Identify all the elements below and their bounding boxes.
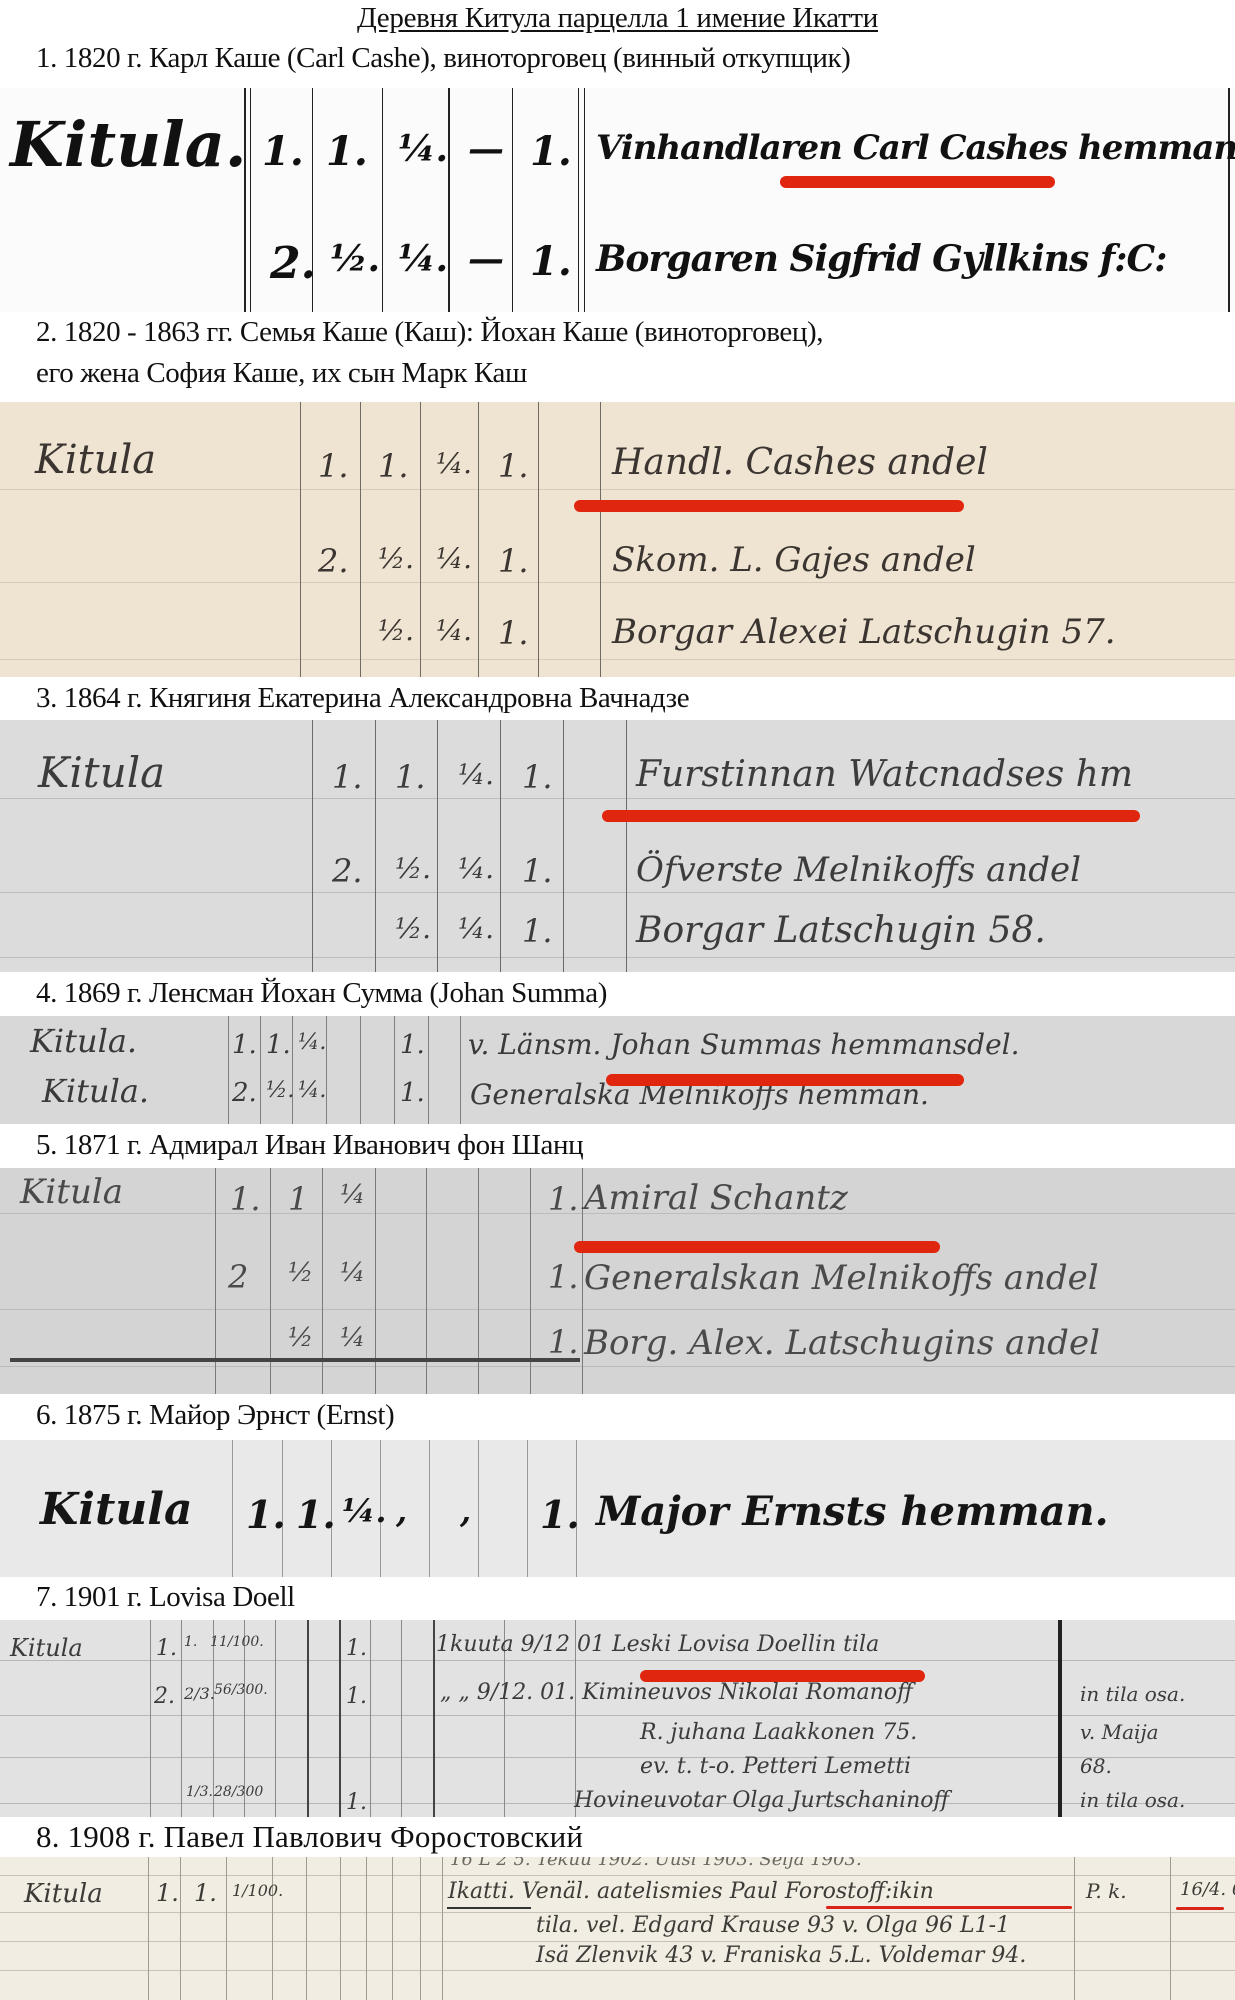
- owner-entry: ev. t. t-o. Petteri Lemetti: [640, 1754, 911, 1779]
- note-entry: v. Maija: [1080, 1720, 1159, 1744]
- owner-highlight-mark: [640, 1670, 925, 1682]
- owner-entry: Amiral Schantz: [584, 1178, 848, 1218]
- entry-1-caption: 1. 1820 г. Карл Каше (Carl Cashe), винот…: [36, 38, 850, 78]
- owner-entry: Borgar Latschugin 58.: [636, 910, 1046, 951]
- header-entry: 16 L 2 5. Tekuu 1902. Uusi 1903. Selja 1…: [450, 1857, 862, 1870]
- owner-entry: Hovineuvotar Olga Jurtschaninoff: [574, 1788, 949, 1813]
- entry-2-scan: Kitula 1. 1. ¼. 1. Handl. Cashes andel 2…: [0, 402, 1235, 677]
- village-name: Kitula: [35, 437, 156, 483]
- owner-highlight-mark: [602, 810, 1140, 822]
- ikatti-underline: [447, 1907, 531, 1909]
- village-name: Kitula.: [30, 1022, 137, 1060]
- owner-entry: R. juhana Laakkonen 75.: [640, 1720, 917, 1745]
- village-name: Kitula: [24, 1879, 103, 1909]
- owner-entry: Borg. Alex. Latschugins andel: [584, 1323, 1100, 1363]
- owner-entry: Furstinnan Watcnadses hm: [636, 754, 1133, 795]
- village-name: Kitula: [10, 1634, 83, 1662]
- owner-highlight-mark: [826, 1906, 1072, 1909]
- owner-entry: Skom. L. Gajes andel: [612, 540, 976, 580]
- owner-entry: Handl. Cashes andel: [612, 442, 988, 483]
- owner-entry: Isä Zlenvik 43 v. Franiska 5.L. Voldemar…: [536, 1943, 1026, 1968]
- village-name: Kitula.: [42, 1072, 149, 1110]
- entry-6-scan: Kitula 1. 1. ¼. , , 1. Major Ernsts hemm…: [0, 1440, 1235, 1577]
- entry-1-scan: Kitula. 1. 1. ¼. — 1. Vinhandlaren Carl …: [0, 88, 1235, 312]
- document-title: Деревня Китула парцелла 1 имение Икатти: [0, 2, 1235, 35]
- village-name: Kitula.: [10, 108, 246, 181]
- owner-entry: Major Ernsts hemman.: [596, 1488, 1109, 1535]
- owner-entry: Borgaren Sigfrid Gyllkins f:C:: [596, 238, 1167, 280]
- entry-7-caption: 7. 1901 г. Lovisa Doell: [36, 1577, 295, 1617]
- entry-2-caption-line1: 2. 1820 - 1863 гг. Семья Каше (Каш): Йох…: [36, 312, 823, 352]
- entry-2-caption-line2: его жена София Каше, их сын Марк Каш: [36, 353, 527, 393]
- owner-entry: Vinhandlaren Carl Cashes hemman: [596, 128, 1235, 168]
- note-entry: 68.: [1080, 1754, 1112, 1778]
- entry-5-scan: Kitula 1. 1 ¼ 1. Amiral Schantz 2 ½ ¼ 1.…: [0, 1168, 1235, 1394]
- entry-6-caption: 6. 1875 г. Майор Эрнст (Ernst): [36, 1395, 394, 1435]
- village-name: Kitula: [38, 748, 165, 797]
- date-highlight-mark: [1176, 1907, 1224, 1910]
- owner-entry: 1kuuta 9/12 01 Leski Lovisa Doellin tila: [436, 1632, 879, 1657]
- owner-highlight-mark: [780, 176, 1055, 188]
- owner-entry: Borgar Alexei Latschugin 57.: [612, 612, 1116, 652]
- owner-entry: Ikatti. Venäl. aatelismies Paul Forostof…: [448, 1879, 934, 1904]
- note-entry: in tila osa.: [1080, 1682, 1185, 1706]
- village-name: Kitula: [40, 1484, 193, 1535]
- owner-highlight-mark: [574, 1241, 940, 1253]
- owner-entry: „ „ 9/12. 01. Kimineuvos Nikolai Romanof…: [440, 1680, 913, 1705]
- owner-entry: v. Länsm. Johan Summas hemmansdel.: [468, 1028, 1020, 1061]
- owner-entry: Öfverste Melnikoffs andel: [636, 850, 1081, 890]
- entry-3-caption: 3. 1864 г. Княгиня Екатерина Александров…: [36, 678, 689, 718]
- entry-4-scan: Kitula. 1. 1. ¼. 1. v. Länsm. Johan Summ…: [0, 1016, 1235, 1124]
- owner-entry: tila. vel. Edgard Krause 93 v. Olga 96 L…: [536, 1913, 1010, 1938]
- village-name: Kitula: [20, 1172, 123, 1212]
- owner-highlight-mark: [574, 500, 964, 512]
- entry-4-caption: 4. 1869 г. Ленсман Йохан Сумма (Johan Su…: [36, 973, 607, 1013]
- entry-8-scan: 16 L 2 5. Tekuu 1902. Uusi 1903. Selja 1…: [0, 1857, 1235, 2000]
- note-entry: in tila osa.: [1080, 1788, 1185, 1812]
- owner-highlight-mark: [606, 1074, 964, 1086]
- entry-5-caption: 5. 1871 г. Адмирал Иван Иванович фон Шан…: [36, 1125, 583, 1165]
- owner-entry: Generalskan Melnikoffs andel: [584, 1258, 1099, 1298]
- section-rule: [10, 1358, 580, 1362]
- entry-3-scan: Kitula 1. 1. ¼. 1. Furstinnan Watcnadses…: [0, 720, 1235, 972]
- entry-8-caption: 8. 1908 г. Павел Павлович Форостовский: [36, 1817, 583, 1857]
- date-entry: 16/4. 08.: [1180, 1879, 1235, 1900]
- entry-7-scan: Kitula 1. 1. 11/100. 1. 1kuuta 9/12 01 L…: [0, 1620, 1235, 1817]
